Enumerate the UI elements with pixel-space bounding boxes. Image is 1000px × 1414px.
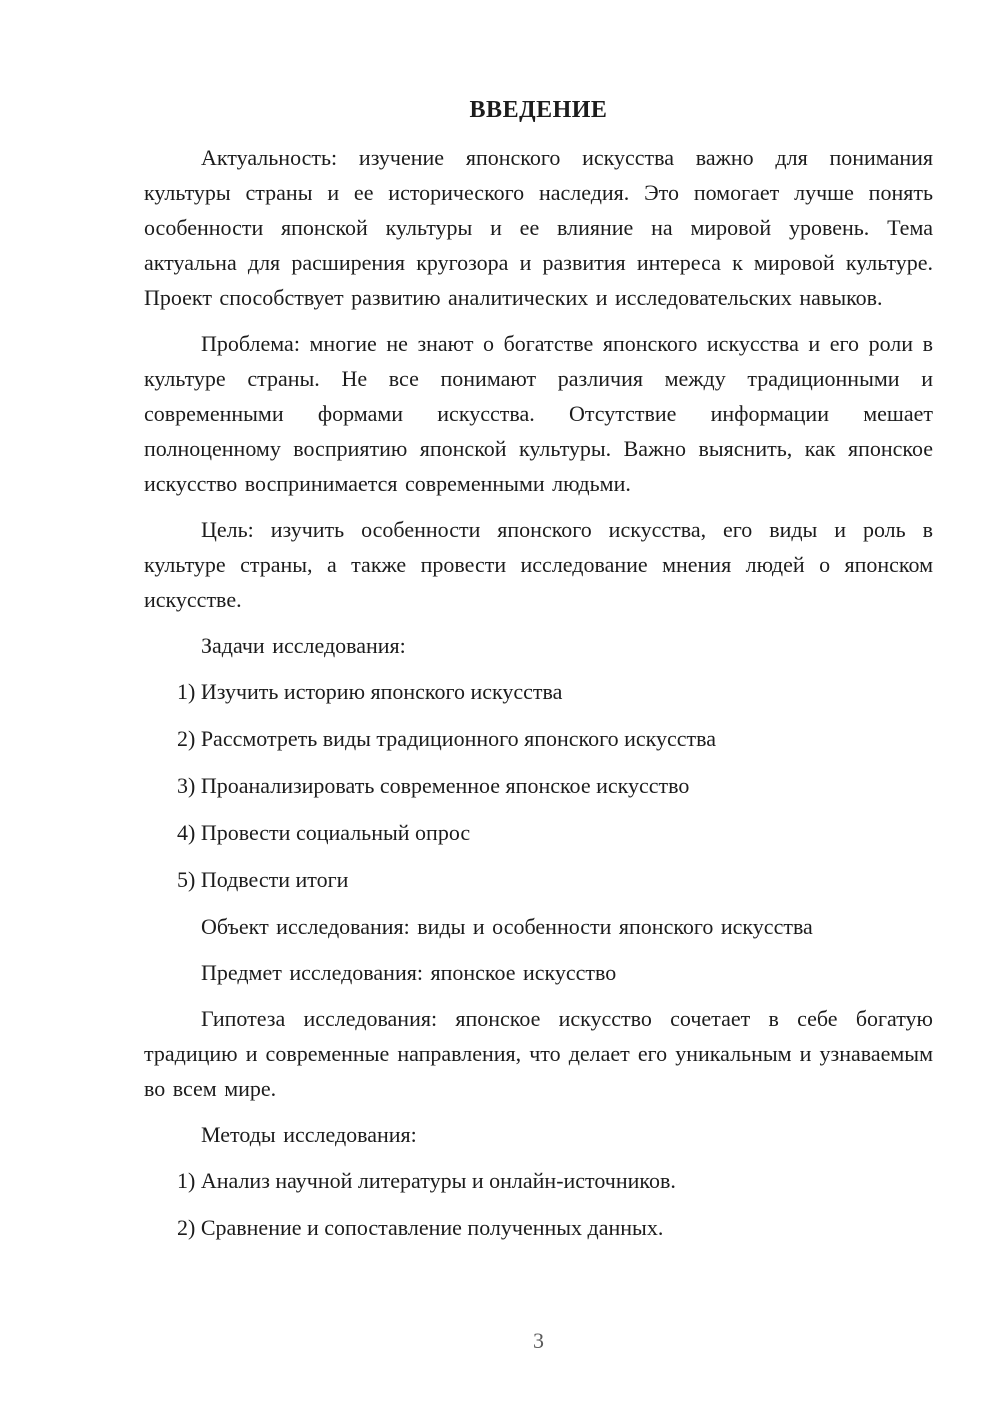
list-item: 2) Сравнение и сопоставление полученных … — [144, 1210, 933, 1245]
paragraph: Объект исследования: виды и особенности … — [144, 909, 933, 944]
list-item: 1) Изучить историю японского искусства — [144, 674, 933, 709]
page-number: 3 — [144, 1323, 933, 1358]
paragraph-container: Актуальность: изучение японского искусст… — [144, 140, 933, 1245]
paragraph: Цель: изучить особенности японского иску… — [144, 512, 933, 617]
document-page: ВВЕДЕНИЕ Актуальность: изучение японског… — [0, 0, 1000, 1414]
list-item: 3) Проанализировать современное японское… — [144, 768, 933, 803]
list-item: 5) Подвести итоги — [144, 862, 933, 897]
list-item: 4) Провести социальный опрос — [144, 815, 933, 850]
list-item: 1) Анализ научной литературы и онлайн-ис… — [144, 1163, 933, 1198]
paragraph: Гипотеза исследования: японское искусств… — [144, 1001, 933, 1106]
paragraph: Предмет исследования: японское искусство — [144, 955, 933, 990]
paragraph: Методы исследования: — [144, 1117, 933, 1152]
paragraph: Проблема: многие не знают о богатстве яп… — [144, 326, 933, 501]
document-body: ВВЕДЕНИЕ Актуальность: изучение японског… — [144, 92, 933, 1257]
paragraph: Задачи исследования: — [144, 628, 933, 663]
list-item: 2) Рассмотреть виды традиционного японск… — [144, 721, 933, 756]
page-title: ВВЕДЕНИЕ — [144, 92, 933, 128]
paragraph: Актуальность: изучение японского искусст… — [144, 140, 933, 315]
